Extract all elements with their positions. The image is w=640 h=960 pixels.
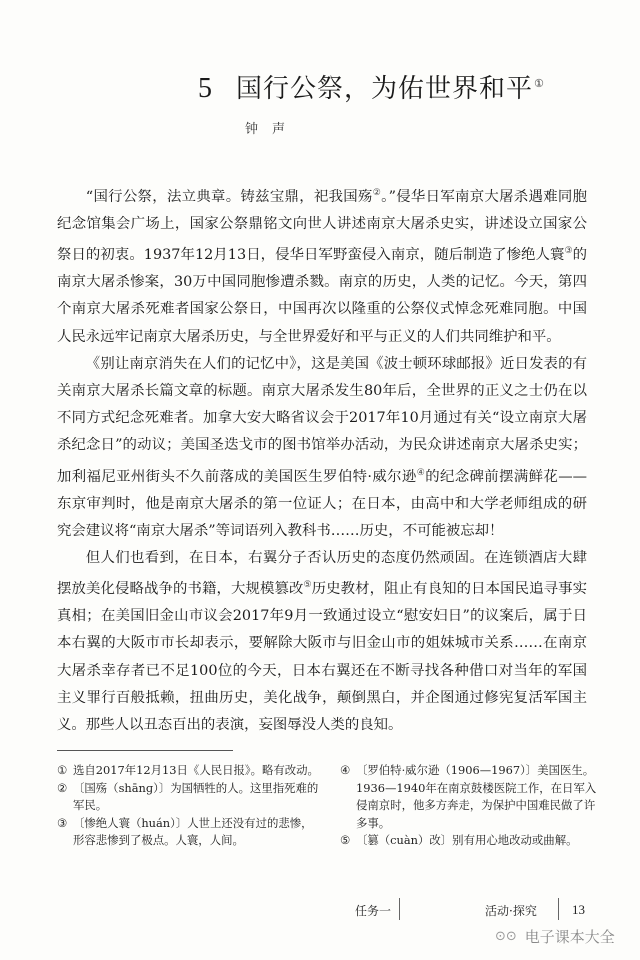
footnote-text: 〔篡（cuàn）改〕别有用心地改动或曲解。 [356,832,577,850]
author: 钟声 [245,118,299,137]
footnote-5: ⑤〔篡（cuàn）改〕别有用心地改动或曲解。 [340,832,602,850]
watermark: ⊙⊙ 电子课本大全 [495,926,615,947]
footnote-2: ②〔国殇（shānɡ）〕为国牺牲的人。这里指死难的军民。 [57,780,319,815]
text: “国行公祭，法立典章。铸兹宝鼎，祀我国殇 [86,189,373,205]
text: 历史教材，阻止有良知的日本国民追寻事实真相；在美国旧金山市议会2017年9月一致… [57,581,587,733]
footnote-ref: ② [373,188,381,198]
footnote-text: 〔罗伯特·威尔逊（1906—1967）〕美国医生。1936—1940年在南京鼓楼… [356,762,602,832]
footnote-ref: ③ [564,246,572,256]
footnotes-left: ①选自2017年12月13日《人民日报》。略有改动。 ②〔国殇（shānɡ）〕为… [57,762,319,850]
wechat-icon: ⊙⊙ [495,929,517,944]
footnotes-right: ④〔罗伯特·威尔逊（1906—1967）〕美国医生。1936—1940年在南京鼓… [340,762,602,850]
footnote-text: 〔惨绝人寰（huán）〕人世上还没有过的悲惨，形容悲惨到了极点。人寰，人间。 [73,815,319,850]
footer-divider [399,898,400,920]
lesson-heading: 5 国行公祭，为佑世界和平① [198,68,545,105]
footer-task: 任务一 [355,902,391,919]
page-number: 13 [572,902,585,918]
footnote-3: ③〔惨绝人寰（huán）〕人世上还没有过的悲惨，形容悲惨到了极点。人寰，人间。 [57,815,319,850]
article-body: “国行公祭，法立典章。铸兹宝鼎，祀我国殇②。”侵华日军南京大屠杀遇难同胞纪念馆集… [57,180,587,739]
footer-divider [558,898,559,920]
footnote-text: 〔国殇（shānɡ）〕为国牺牲的人。这里指死难的军民。 [73,780,319,815]
footnote-mark: ④ [340,762,356,832]
paragraph-3: 但人们也看到，在日本，右翼分子否认历史的态度仍然顽固。在连锁酒店大肆摆放美化侵略… [57,545,587,739]
lesson-title-text: 国行公祭，为佑世界和平 [236,74,533,104]
footnote-ref: ④ [417,468,425,478]
lesson-title: 国行公祭，为佑世界和平① [236,68,545,105]
footnote-4: ④〔罗伯特·威尔逊（1906—1967）〕美国医生。1936—1940年在南京鼓… [340,762,602,832]
footnote-mark: ③ [57,815,73,850]
title-footnote-mark: ① [534,77,545,90]
footnote-text: 选自2017年12月13日《人民日报》。略有改动。 [73,762,319,780]
footer-activity: 活动·探究 [485,902,537,919]
footnotes: ①选自2017年12月13日《人民日报》。略有改动。 ②〔国殇（shānɡ）〕为… [57,762,602,850]
paragraph-2: 《别让南京消失在人们的记忆中》，这是美国《波士顿环球邮报》近日发表的有关南京大屠… [57,351,587,545]
footnote-separator [57,750,233,751]
text: 《别让南京消失在人们的记忆中》，这是美国《波士顿环球邮报》近日发表的有关南京大屠… [57,356,587,485]
footnote-ref: ⑤ [303,580,311,590]
footnote-mark: ⑤ [340,832,356,850]
footnote-mark: ② [57,780,73,815]
footnote-1: ①选自2017年12月13日《人民日报》。略有改动。 [57,762,319,780]
paragraph-1: “国行公祭，法立典章。铸兹宝鼎，祀我国殇②。”侵华日军南京大屠杀遇难同胞纪念馆集… [57,180,587,351]
footnote-mark: ① [57,762,73,780]
watermark-text: 电子课本大全 [525,926,615,947]
lesson-number: 5 [198,73,212,105]
